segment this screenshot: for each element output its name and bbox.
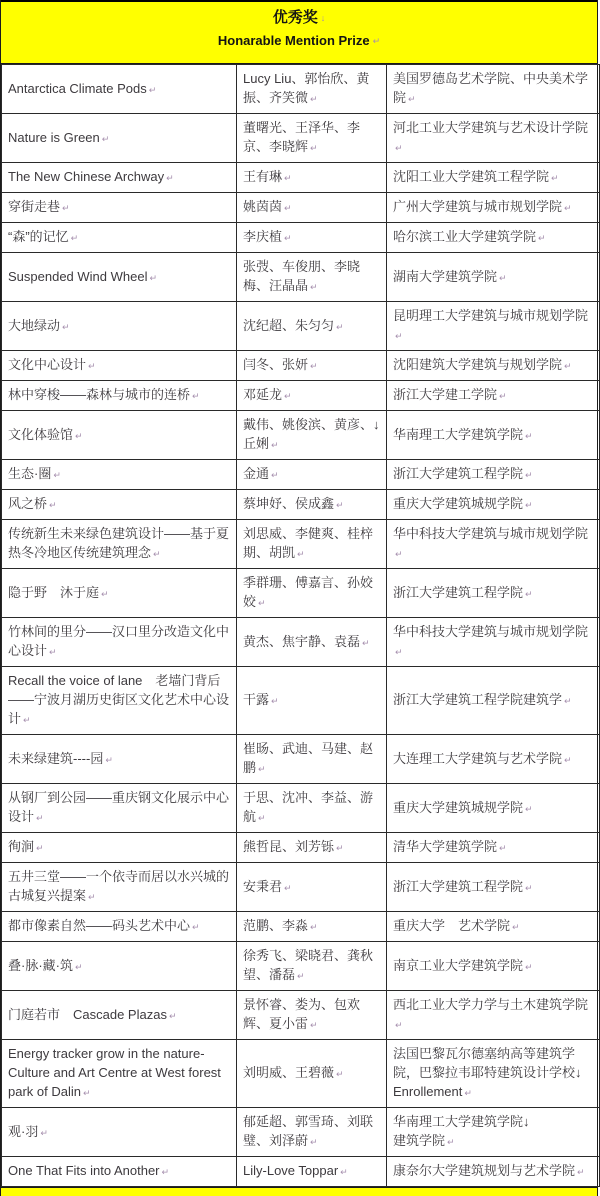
institution-cell: 南京工业大学建筑学院 xyxy=(387,942,600,991)
institution-cell: 沈阳建筑大学建筑与规划学院 xyxy=(387,351,600,381)
project-cell: Energy tracker grow in the nature-Cultur… xyxy=(2,1040,237,1108)
project-cell: 都市像素自然——码头艺术中心 xyxy=(2,912,237,942)
table-row: 未来绿建筑----园 崔旸、武迪、马建、赵鹏 大连理工大学建筑与艺术学院 xyxy=(2,735,600,784)
authors-cell: 董曙光、王泽华、李京、李晓辉 xyxy=(237,114,387,163)
authors-cell: 邓延龙 xyxy=(237,381,387,411)
authors-cell: 范鹏、李淼 xyxy=(237,912,387,942)
table-row: Nature is Green 董曙光、王泽华、李京、李晓辉 河北工业大学建筑与… xyxy=(2,114,600,163)
authors-cell: 姚茵茵 xyxy=(237,193,387,223)
institution-cell: 浙江大学建工学院 xyxy=(387,381,600,411)
table-row: 从钢厂到公园——重庆钢文化展示中心设计 于思、沈冲、李益、游航 重庆大学建筑城规… xyxy=(2,784,600,833)
project-cell: One That Fits into Another xyxy=(2,1157,237,1187)
project-cell: Antarctica Climate Pods xyxy=(2,65,237,114)
institution-cell: 清华大学建筑学院 xyxy=(387,833,600,863)
authors-cell: 沈纪超、朱匀匀 xyxy=(237,302,387,351)
project-cell: 徇涧 xyxy=(2,833,237,863)
institution-cell: 华南理工大学建筑学院 xyxy=(387,411,600,460)
authors-cell: 黄杰、焦宇静、袁磊 xyxy=(237,618,387,667)
project-cell: 文化中心设计 xyxy=(2,351,237,381)
project-cell: 观·羽 xyxy=(2,1108,237,1157)
authors-cell: 李庆植 xyxy=(237,223,387,253)
table-row: Energy tracker grow in the nature-Cultur… xyxy=(2,1040,600,1108)
authors-cell: 安秉君 xyxy=(237,863,387,912)
authors-cell: 干露 xyxy=(237,667,387,735)
table-row: 门庭若市 Cascade Plazas 景怀睿、娄为、包欢辉、夏小雷 西北工业大… xyxy=(2,991,600,1040)
institution-cell: 浙江大学建筑工程学院 xyxy=(387,863,600,912)
institution-cell: 浙江大学建筑工程学院 xyxy=(387,460,600,490)
institution-cell: 广州大学建筑与城市规划学院 xyxy=(387,193,600,223)
project-cell: “森”的记忆 xyxy=(2,223,237,253)
authors-cell: 刘思威、李健爽、桂梓期、胡凯 xyxy=(237,520,387,569)
authors-cell: 蔡坤妤、侯成鑫 xyxy=(237,490,387,520)
table-row: 徇涧 熊哲昆、刘芳铄 清华大学建筑学院 xyxy=(2,833,600,863)
awards-table-body: Antarctica Climate Pods Lucy Liu、郭怡欣、黄振、… xyxy=(2,65,600,1187)
table-row: 风之桥 蔡坤妤、侯成鑫 重庆大学建筑城规学院 xyxy=(2,490,600,520)
institution-cell: 哈尔滨工业大学建筑学院 xyxy=(387,223,600,253)
authors-cell: 景怀睿、娄为、包欢辉、夏小雷 xyxy=(237,991,387,1040)
authors-cell: 戴伟、姚俊滨、黄彦、↓ 丘娳 xyxy=(237,411,387,460)
institution-cell: 美国罗德岛艺术学院、中央美术学院 xyxy=(387,65,600,114)
table-row: The New Chinese Archway 王有琳 沈阳工业大学建筑工程学院 xyxy=(2,163,600,193)
project-cell: 竹林间的里分——汉口里分改造文化中心设计 xyxy=(2,618,237,667)
institution-cell: 浙江大学建筑工程学院建筑学 xyxy=(387,667,600,735)
project-cell: 文化体验馆 xyxy=(2,411,237,460)
page-subtitle: Honarable Mention Prize xyxy=(1,32,597,50)
institution-cell: 康奈尔大学建筑规划与艺术学院 xyxy=(387,1157,600,1187)
institution-cell: 湖南大学建筑学院 xyxy=(387,253,600,302)
project-cell: 门庭若市 Cascade Plazas xyxy=(2,991,237,1040)
table-row: 大地绿动 沈纪超、朱匀匀 昆明理工大学建筑与城市规划学院 xyxy=(2,302,600,351)
table-row: “森”的记忆 李庆植 哈尔滨工业大学建筑学院 xyxy=(2,223,600,253)
table-row: 竹林间的里分——汉口里分改造文化中心设计 黄杰、焦宇静、袁磊 华中科技大学建筑与… xyxy=(2,618,600,667)
authors-cell: 郁延超、郭雪琦、刘联璧、刘泽蔚 xyxy=(237,1108,387,1157)
project-cell: 从钢厂到公园——重庆钢文化展示中心设计 xyxy=(2,784,237,833)
authors-cell: 刘明威、王碧薇 xyxy=(237,1040,387,1108)
table-row: Antarctica Climate Pods Lucy Liu、郭怡欣、黄振、… xyxy=(2,65,600,114)
authors-cell: 熊哲昆、刘芳铄 xyxy=(237,833,387,863)
table-row: 观·羽 郁延超、郭雪琦、刘联璧、刘泽蔚 华南理工大学建筑学院↓ 建筑学院 xyxy=(2,1108,600,1157)
institution-cell: 西北工业大学力学与土木建筑学院 xyxy=(387,991,600,1040)
table-row: 穿街走巷 姚茵茵 广州大学建筑与城市规划学院 xyxy=(2,193,600,223)
project-cell: 传统新生未来绿色建筑设计——基于夏热冬冷地区传统建筑理念 xyxy=(2,520,237,569)
institution-cell: 华中科技大学建筑与城市规划学院 xyxy=(387,520,600,569)
authors-cell: 张弢、车俊朋、李晓梅、汪晶晶 xyxy=(237,253,387,302)
project-cell: 风之桥 xyxy=(2,490,237,520)
institution-cell: 河北工业大学建筑与艺术设计学院 xyxy=(387,114,600,163)
project-cell: Nature is Green xyxy=(2,114,237,163)
institution-cell: 法国巴黎瓦尔德塞纳高等建筑学院，巴黎拉韦耶特建筑设计学校↓ Enrollemen… xyxy=(387,1040,600,1108)
institution-cell: 重庆大学 艺术学院 xyxy=(387,912,600,942)
project-cell: 未来绿建筑----园 xyxy=(2,735,237,784)
project-cell: 隐于野 沐于庭 xyxy=(2,569,237,618)
table-row: 林中穿梭——森林与城市的连桥 邓延龙 浙江大学建工学院 xyxy=(2,381,600,411)
project-cell: Suspended Wind Wheel xyxy=(2,253,237,302)
authors-cell: 崔旸、武迪、马建、赵鹏 xyxy=(237,735,387,784)
institution-cell: 沈阳工业大学建筑工程学院 xyxy=(387,163,600,193)
institution-cell: 重庆大学建筑城规学院 xyxy=(387,784,600,833)
project-cell: 大地绿动 xyxy=(2,302,237,351)
page-title: 优秀奖 xyxy=(1,8,597,28)
project-cell: Recall the voice of lane 老墙门背后——宁波月湖历史街区… xyxy=(2,667,237,735)
institution-cell: 重庆大学建筑城规学院 xyxy=(387,490,600,520)
institution-cell: 昆明理工大学建筑与城市规划学院 xyxy=(387,302,600,351)
authors-cell: 闫冬、张妍 xyxy=(237,351,387,381)
authors-cell: 金通 xyxy=(237,460,387,490)
project-cell: 林中穿梭——森林与城市的连桥 xyxy=(2,381,237,411)
project-cell: 穿街走巷 xyxy=(2,193,237,223)
table-row: 隐于野 沐于庭 季群珊、傅嘉言、孙姣姣 浙江大学建筑工程学院 xyxy=(2,569,600,618)
next-section-strip xyxy=(1,1187,597,1196)
table-header: 优秀奖 Honarable Mention Prize xyxy=(1,0,597,64)
table-row: 生态·圈 金通 浙江大学建筑工程学院 xyxy=(2,460,600,490)
institution-cell: 华南理工大学建筑学院↓ 建筑学院 xyxy=(387,1108,600,1157)
project-cell: 五井三堂——一个依寺而居以水兴城的古城复兴提案 xyxy=(2,863,237,912)
project-cell: 叠·脉·藏·筑 xyxy=(2,942,237,991)
table-row: One That Fits into Another Lily-Love Top… xyxy=(2,1157,600,1187)
authors-cell: 于思、沈冲、李益、游航 xyxy=(237,784,387,833)
table-row: 叠·脉·藏·筑 徐秀飞、梁晓君、龚秋望、潘磊 南京工业大学建筑学院 xyxy=(2,942,600,991)
authors-cell: 徐秀飞、梁晓君、龚秋望、潘磊 xyxy=(237,942,387,991)
award-table-sheet: 优秀奖 Honarable Mention Prize Antarctica C… xyxy=(0,0,598,1196)
institution-cell: 浙江大学建筑工程学院 xyxy=(387,569,600,618)
authors-cell: 王有琳 xyxy=(237,163,387,193)
table-row: Suspended Wind Wheel 张弢、车俊朋、李晓梅、汪晶晶 湖南大学… xyxy=(2,253,600,302)
project-cell: 生态·圈 xyxy=(2,460,237,490)
project-cell: The New Chinese Archway xyxy=(2,163,237,193)
authors-cell: 季群珊、傅嘉言、孙姣姣 xyxy=(237,569,387,618)
table-row: 传统新生未来绿色建筑设计——基于夏热冬冷地区传统建筑理念 刘思威、李健爽、桂梓期… xyxy=(2,520,600,569)
awards-table: Antarctica Climate Pods Lucy Liu、郭怡欣、黄振、… xyxy=(1,64,600,1187)
institution-cell: 华中科技大学建筑与城市规划学院 xyxy=(387,618,600,667)
table-row: Recall the voice of lane 老墙门背后——宁波月湖历史街区… xyxy=(2,667,600,735)
authors-cell: Lucy Liu、郭怡欣、黄振、齐笑微 xyxy=(237,65,387,114)
table-row: 五井三堂——一个依寺而居以水兴城的古城复兴提案 安秉君 浙江大学建筑工程学院 xyxy=(2,863,600,912)
institution-cell: 大连理工大学建筑与艺术学院 xyxy=(387,735,600,784)
table-row: 都市像素自然——码头艺术中心 范鹏、李淼 重庆大学 艺术学院 xyxy=(2,912,600,942)
table-row: 文化中心设计 闫冬、张妍 沈阳建筑大学建筑与规划学院 xyxy=(2,351,600,381)
authors-cell: Lily-Love Toppar xyxy=(237,1157,387,1187)
table-row: 文化体验馆 戴伟、姚俊滨、黄彦、↓ 丘娳 华南理工大学建筑学院 xyxy=(2,411,600,460)
